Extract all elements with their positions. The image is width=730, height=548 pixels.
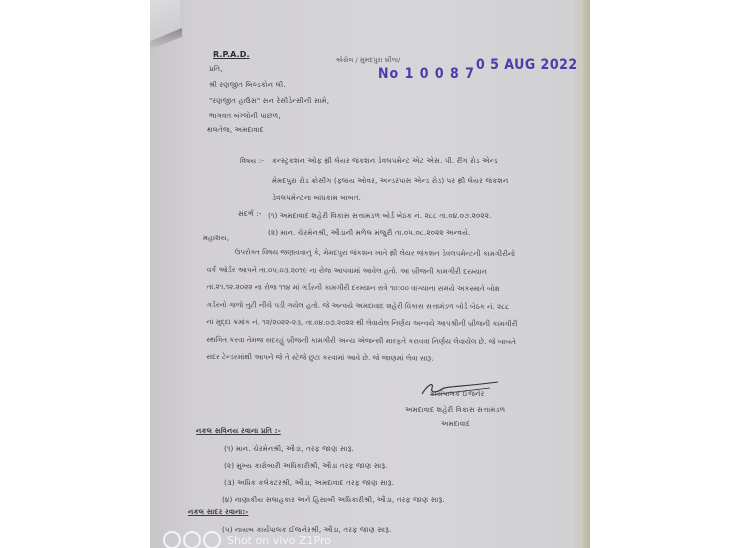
subject-line-2: મેમદપુરા રોડ ક્રોસીંગ (ફ્લાય ઓવર, અન્ડરપ… — [272, 176, 509, 186]
body-line: સ્થગિત કરવા તેમજ સદરહું બ્રીજની કામગીરી … — [206, 330, 517, 350]
recipient-line-3: ભાગવત બંગ્લોની પાછળ, — [209, 111, 281, 121]
recipient-line-4: થલતેજ, અમદાવાદ — [207, 125, 264, 135]
body-paragraph: ઉપરોક્ત વિષય જણાવવાનું કે, મેમદપુરા જંકશ… — [206, 243, 518, 368]
subject-label: વિષય :- — [240, 156, 264, 166]
inward-number-stamp: No 1 0 0 8 7 — [378, 66, 475, 82]
salutation: મહાશય, — [203, 233, 229, 243]
recipient-line-2: "રણજીત હાઉસ" સન રેસીડેન્સીની સામે, — [209, 96, 329, 106]
subject-line-1: કન્સ્ટ્રકશન ઓફ થ્રી લેયર જંકશન ડેવલપમેન્… — [272, 156, 498, 166]
copy-to-item-4: (૪) નાણાકીય સલાહકાર અને હિસાબી અધિકારીશ્… — [222, 495, 445, 505]
reference-label: સંદર્ભ :- — [238, 209, 262, 219]
reference-item-1: (૧) અમદાવાદ શહેરી વિકાસ સત્તામંડળ બોર્ડ … — [268, 211, 491, 221]
watermark-text: Shot on vivo Z1Pro — [227, 534, 331, 547]
copy-to-heading: નકલ સવિનય રવાના પ્રતિ :- — [196, 426, 281, 436]
file-reference: એસેલ / મુમદપુરા બ્રીજ/ — [336, 56, 400, 65]
camera-lens-icon — [163, 531, 221, 548]
copy-to-item-3: (૩) અધિક કલેક્ટરશ્રી, ઔડા, અમદાવાદ તરફ જ… — [224, 478, 394, 488]
reference-item-2: (૨) માન. ચેરમેનશ્રી, ઔડાની મળેલ મંજુરી ત… — [268, 228, 470, 238]
subject-line-3: ડેવલપમેન્ટના બાંધકામ બાબત. — [272, 193, 361, 203]
body-line: ગર્ડરનો ગાળો તુટી નીચે પડી ગયેલ હતો. જે … — [207, 295, 518, 315]
copy-forward-heading: નકલ સાદર રવાના:- — [188, 507, 248, 517]
signatory-organization: અમદાવાદ શહેરી વિકાસ સત્તામંડળ — [405, 405, 505, 415]
signatory-city: અમદાવાદ — [441, 419, 470, 429]
body-line: ઉપરોક્ત વિષય જણાવવાનું કે, મેમદપુરા જંકશ… — [207, 243, 518, 263]
paper-edge — [580, 0, 590, 548]
to-label: પ્રતિ, — [209, 64, 223, 74]
copy-to-item-2: (૨) મુખ્ય કારોબારી અધિકારીશ્રી, ઔડા તરફ … — [224, 461, 388, 471]
signatory-title: કાર્યપાલક ઈજનેર — [430, 389, 484, 399]
camera-watermark: Shot on vivo Z1Pro — [163, 532, 331, 548]
recipient-line-1: શ્રી રણજીત બિલ્ડકોન લી. — [209, 80, 286, 90]
delivery-mode: R.P.A.D. — [213, 50, 250, 59]
body-line: તા.૨૧.૧૨.૨૦૨૨ ના રોજ ૧૧૪ માં ગર્ડરની કામ… — [207, 278, 518, 298]
copy-to-item-1: (૧) માન. ચેરમેનશ્રી, ઔડા, તરફ જાણ સારૂ. — [224, 444, 354, 454]
body-line: વર્ક ઓર્ડર આપને તા.૦૫.૦૩.૨૦૧૯ ના રોજ આપવ… — [207, 260, 518, 280]
body-line: ના મુદ્દા ક્રમાંક નં. ૧૨/૨૦૨૨-૨૩, તા.૦૪.… — [206, 313, 517, 333]
body-line: સદર ટેન્ડરમાંથી આપને જે તે સ્ટેજે છુટા ક… — [206, 348, 517, 368]
date-stamp: 0 5 AUG 2022 — [476, 57, 578, 73]
